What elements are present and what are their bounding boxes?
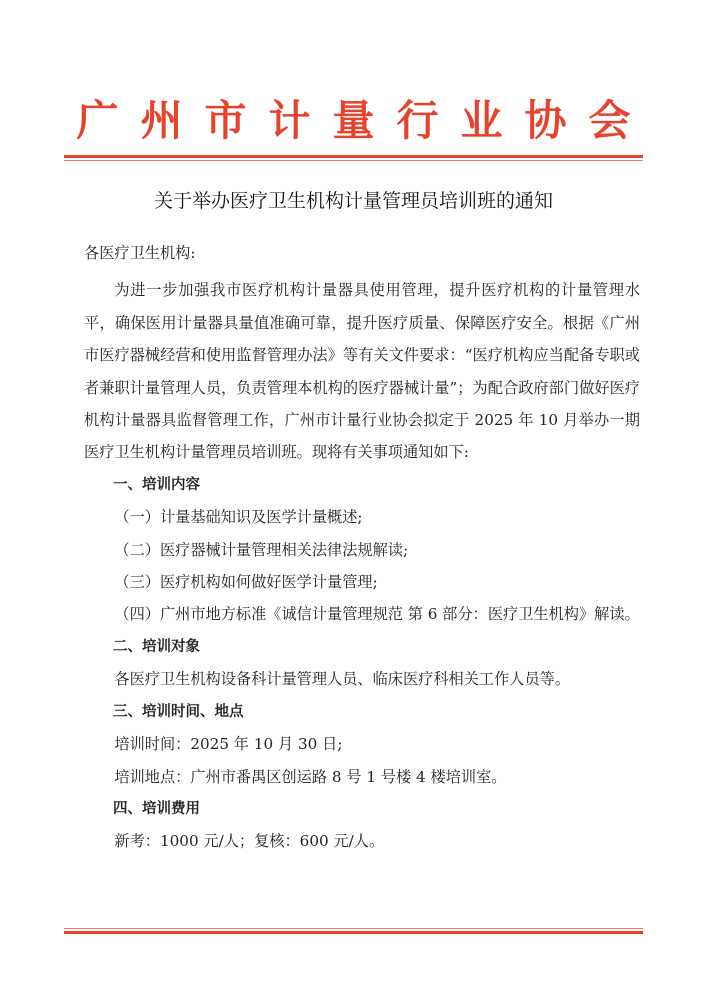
intro-paragraph: 为进一步加强我市医疗机构计量器具使用管理，提升医疗机构的计量管理水平，确保医用计… [84, 274, 640, 468]
section-heading-fees: 四、培训费用 [84, 793, 640, 825]
divider-thin-line [64, 160, 643, 161]
training-location: 培训地点：广州市番禺区创运路 8 号 1 号楼 4 楼培训室。 [84, 761, 640, 793]
footer-divider [64, 928, 643, 934]
content-item: （四）广州市地方标准《诚信计量管理规范 第 6 部分：医疗卫生机构》解读。 [84, 598, 640, 630]
audience-text: 各医疗卫生机构设备科计量管理人员、临床医疗科相关工作人员等。 [84, 663, 640, 695]
letterhead-divider [64, 155, 643, 161]
divider-thick-line [64, 155, 643, 158]
training-time: 培训时间：2025 年 10 月 30 日; [84, 728, 640, 760]
content-item: （一）计量基础知识及医学计量概述; [84, 501, 640, 533]
content-item: （三）医疗机构如何做好医学计量管理; [84, 566, 640, 598]
training-fees: 新考：1000 元/人；复核：600 元/人。 [84, 825, 640, 857]
section-heading-audience: 二、培训对象 [84, 631, 640, 663]
divider-thick-line [64, 931, 643, 934]
document-body: 各医疗卫生机构: 为进一步加强我市医疗机构计量器具使用管理，提升医疗机构的计量管… [84, 237, 640, 858]
document-title: 关于举办医疗卫生机构计量管理员培训班的通知 [0, 186, 707, 213]
divider-thin-line [64, 928, 643, 929]
content-item: （二）医疗器械计量管理相关法律法规解读; [84, 534, 640, 566]
section-heading-content: 一、培训内容 [84, 469, 640, 501]
section-heading-time-place: 三、培训时间、地点 [84, 696, 640, 728]
letterhead-org-name: 广州市计量行业协会 [0, 96, 707, 146]
salutation: 各医疗卫生机构: [84, 237, 640, 269]
